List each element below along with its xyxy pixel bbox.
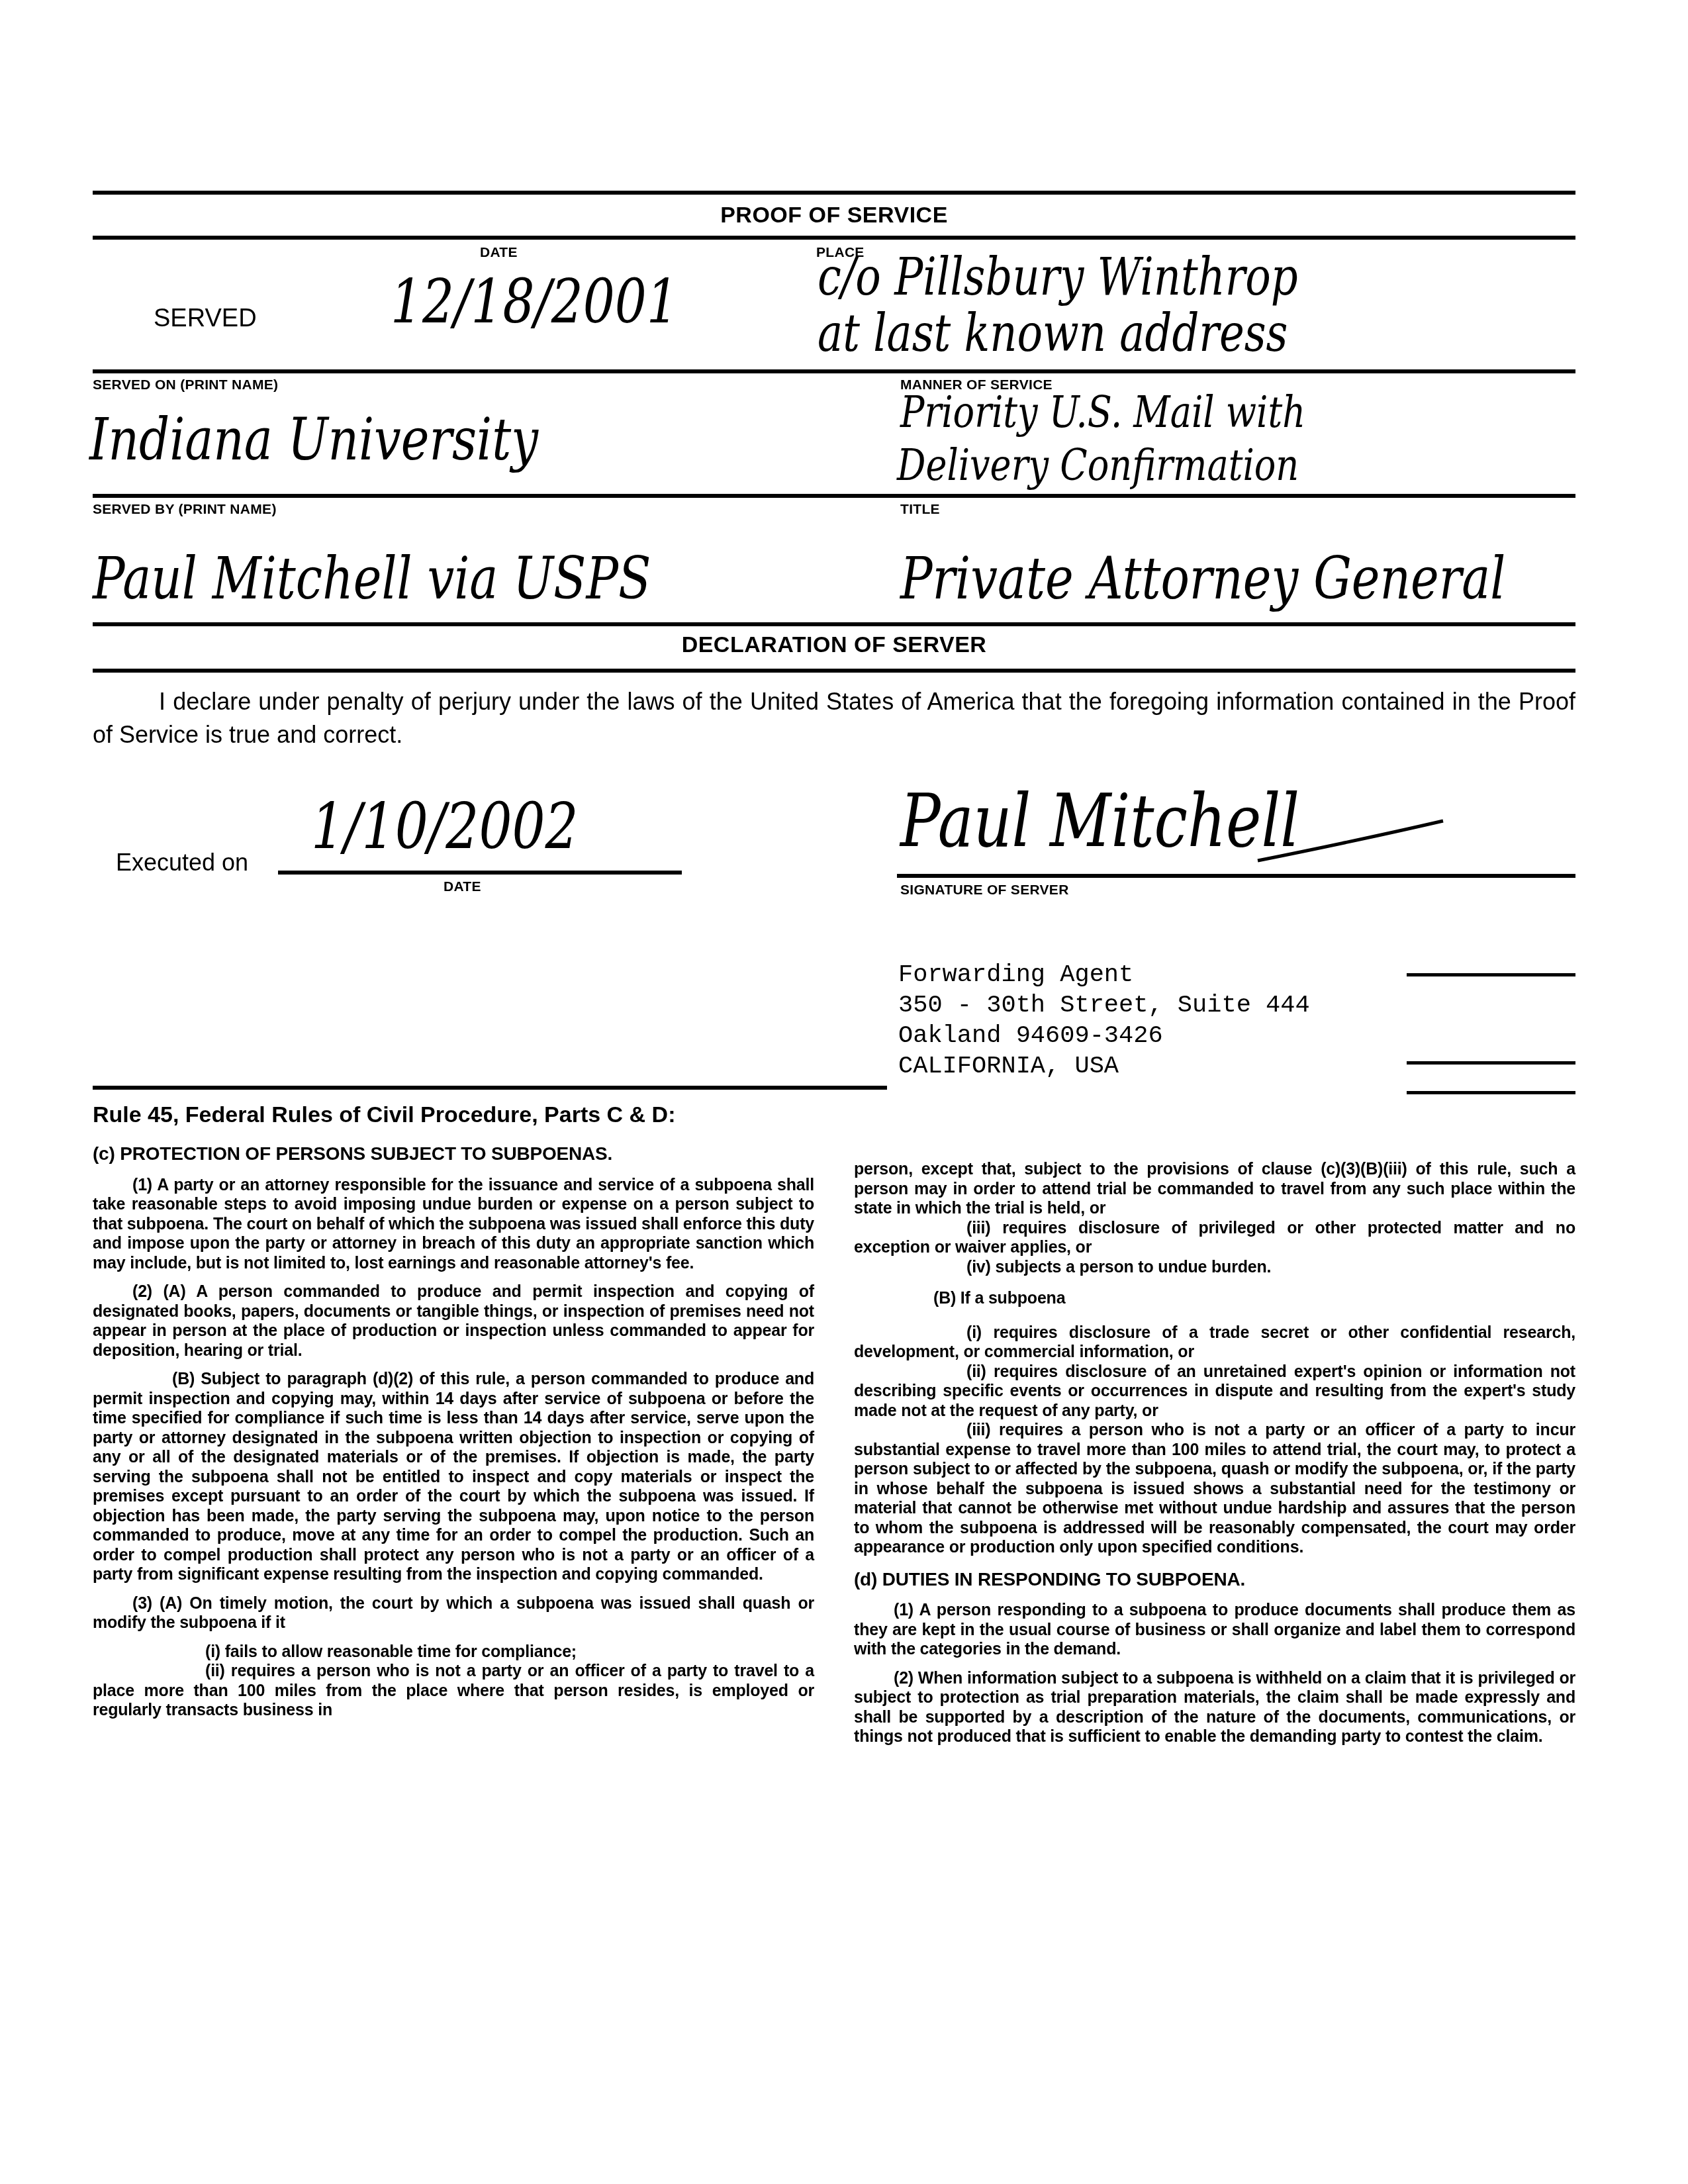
rule-below-served (93, 369, 1575, 373)
address-line-3: Oakland 94609-3426 (898, 1021, 1163, 1051)
rule45-heading: Rule 45, Federal Rules of Civil Procedur… (93, 1102, 675, 1128)
rule-above-declaration (93, 622, 1575, 626)
address-line-1: Forwarding Agent (898, 960, 1133, 990)
signature-caption: SIGNATURE OF SERVER (900, 882, 1069, 898)
address-line-2: 350 - 30th Street, Suite 444 (898, 990, 1310, 1021)
rule45-right-column: person, except that, subject to the prov… (854, 1160, 1575, 1756)
manner-line1[interactable]: Priority U.S. Mail with (900, 391, 1305, 434)
served-on-value[interactable]: Indiana University (89, 410, 538, 469)
para-d2: (2) When information subject to a subpoe… (854, 1669, 1575, 1747)
para-c3a-i: (i) fails to allow reasonable time for c… (93, 1642, 814, 1662)
para-c3b-iii: (iii) requires a person who is not a par… (854, 1421, 1575, 1558)
para-c3b-i: (i) requires disclosure of a trade secre… (854, 1323, 1575, 1362)
address-line-4: CALIFORNIA, USA (898, 1051, 1119, 1082)
served-place-line2[interactable]: at last known address (818, 308, 1288, 359)
address-rule-1 (1407, 973, 1575, 976)
executed-on-label: Executed on (116, 849, 248, 877)
address-rule-3 (1407, 1091, 1575, 1094)
declaration-statement: I declare under penalty of perjury under… (93, 685, 1575, 751)
served-by-value[interactable]: Paul Mitchell via USPS (93, 549, 651, 608)
para-c1: (1) A party or an attorney responsible f… (93, 1176, 814, 1274)
executed-date-value[interactable]: 1/10/2002 (311, 794, 579, 858)
address-rule-2 (1407, 1061, 1575, 1065)
served-on-label: SERVED ON (PRINT NAME) (93, 377, 278, 393)
declaration-title: DECLARATION OF SERVER (93, 632, 1575, 658)
proof-of-service-title: PROOF OF SERVICE (93, 203, 1575, 228)
rule-below-title (93, 236, 1575, 240)
date-caption: DATE (444, 879, 481, 895)
section-d-title: (d) DUTIES IN RESPONDING TO SUBPOENA. (854, 1570, 1575, 1590)
rule-below-served-on (93, 494, 1575, 498)
title-label: TITLE (900, 502, 940, 518)
para-c2b: (B) Subject to paragraph (d)(2) of this … (93, 1370, 814, 1585)
para-c3b-ii: (ii) requires disclosure of an unretaine… (854, 1362, 1575, 1421)
signature-flourish (1251, 814, 1450, 867)
served-date-value[interactable]: 12/18/2001 (391, 271, 679, 332)
served-label: SERVED (154, 305, 257, 333)
server-signature[interactable]: Paul Mitchell (900, 784, 1299, 857)
rule45-left-column: (c) PROTECTION OF PERSONS SUBJECT TO SUB… (93, 1144, 814, 1721)
para-c3a-iii: (iii) requires disclosure of privileged … (854, 1219, 1575, 1258)
served-place-line1[interactable]: c/o Pillsbury Winthrop (818, 252, 1298, 303)
para-d1: (1) A person responding to a subpoena to… (854, 1601, 1575, 1660)
served-by-label: SERVED BY (PRINT NAME) (93, 502, 277, 518)
title-value[interactable]: Private Attorney General (900, 549, 1505, 608)
section-c-title: (c) PROTECTION OF PERSONS SUBJECT TO SUB… (93, 1144, 814, 1164)
rule-above-rule45 (93, 1086, 887, 1090)
para-c3a-iv: (iv) subjects a person to undue burden. (854, 1258, 1575, 1278)
rule-below-declaration (93, 669, 1575, 673)
manner-line2[interactable]: Delivery Confirmation (897, 444, 1299, 487)
para-c3a: (3) (A) On timely motion, the court by w… (93, 1594, 814, 1633)
date-label: DATE (480, 245, 518, 261)
para-c2a: (2) (A) A person commanded to produce an… (93, 1282, 814, 1360)
para-c3a-ii: (ii) requires a person who is not a part… (93, 1662, 814, 1721)
top-rule (93, 191, 1575, 195)
para-c3a-continued: person, except that, subject to the prov… (854, 1160, 1575, 1219)
date-line (278, 871, 682, 875)
para-c3b: (B) If a subpoena (854, 1289, 1575, 1309)
signature-line (897, 874, 1575, 878)
